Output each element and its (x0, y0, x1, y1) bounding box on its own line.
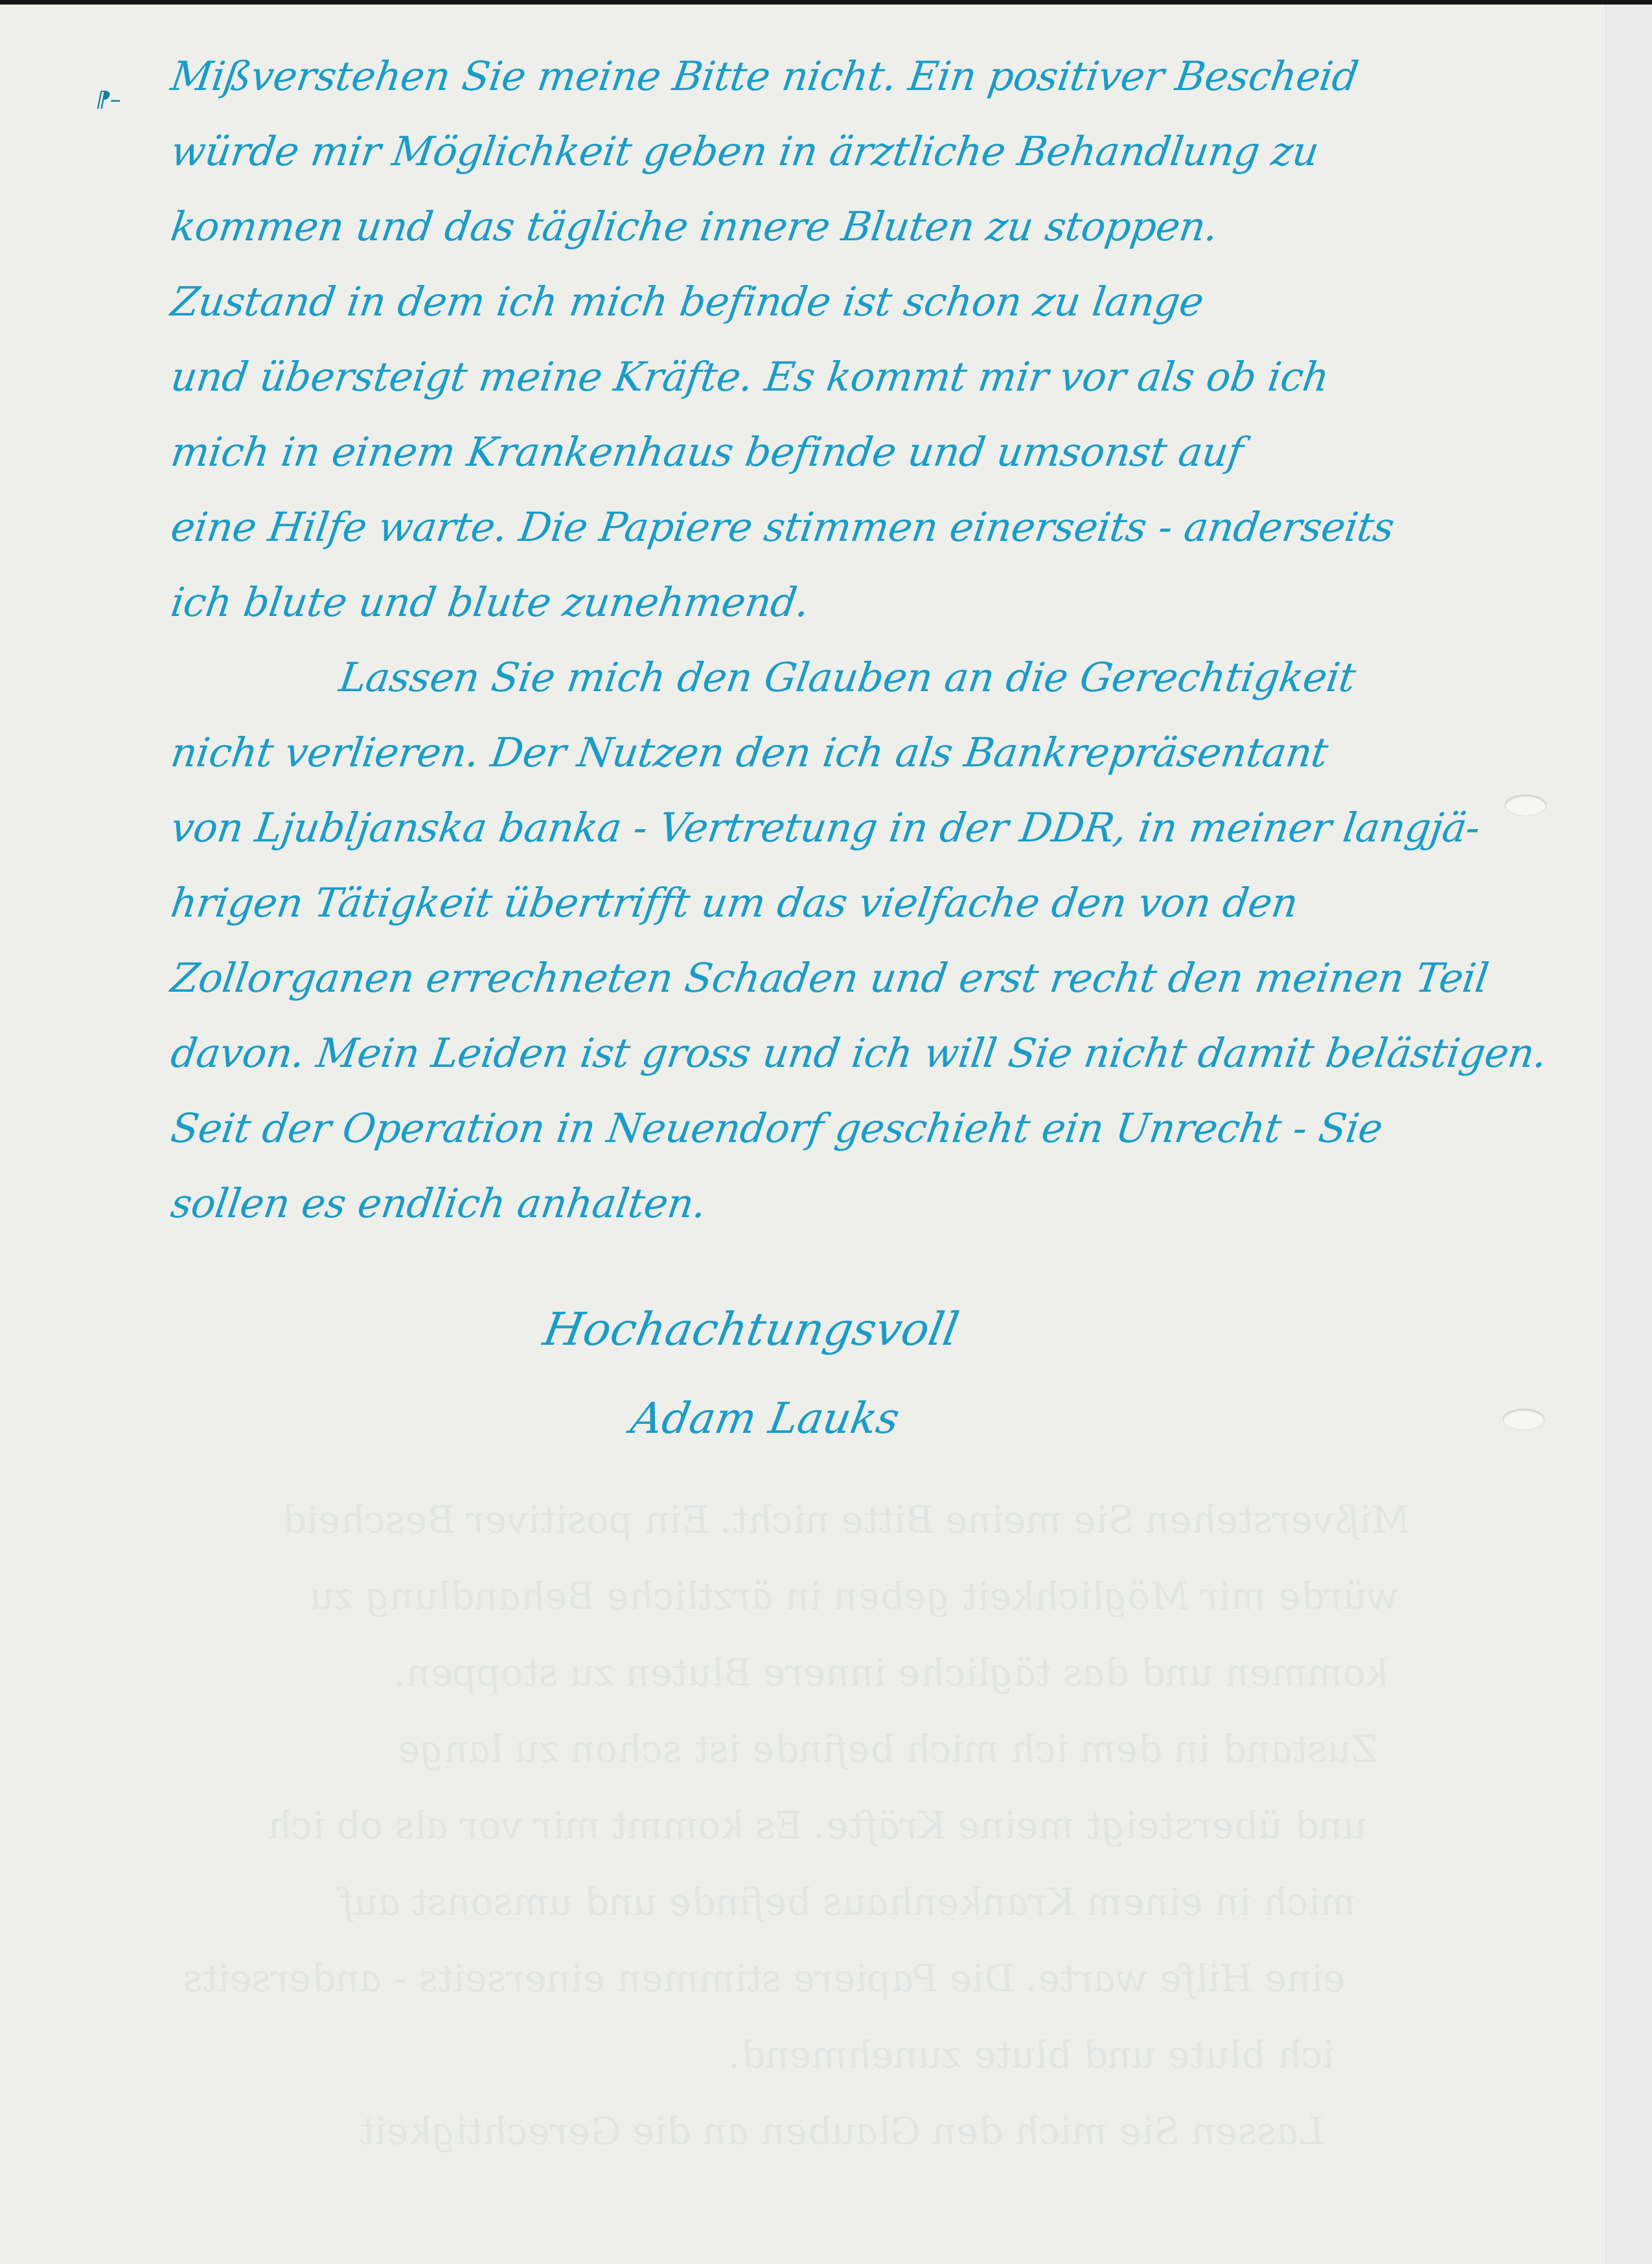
show-through-line: mich in einem Krankenhaus befinde und um… (120, 1864, 1362, 1940)
letter-line: Zustand in dem ich mich befinde ist scho… (168, 282, 1206, 322)
signature: Adam Lauks (628, 1397, 902, 1440)
show-through-line: ich blute und blute zunehmend. (98, 2017, 1340, 2093)
letter-line: Mißverstehen Sie meine Bitte nicht. Ein … (168, 56, 1360, 97)
show-through-line: eine Hilfe warte. Die Papiere stimmen ei… (109, 1940, 1351, 2017)
letter-line: kommen und das tägliche innere Bluten zu… (168, 207, 1221, 247)
letter-page: ⁋– Mißverstehen Sie meine Bitte nicht. E… (0, 5, 1605, 2264)
letter-line: und übersteigt meine Kräfte. Es kommt mi… (168, 357, 1331, 397)
punch-hole (1503, 1409, 1544, 1430)
show-through-line: würde mir Möglichkeit geben in ärztliche… (163, 1558, 1405, 1634)
letter-line: eine Hilfe warte. Die Papiere stimmen ei… (168, 507, 1397, 547)
letter-line: nicht verlieren. Der Nutzen den ich als … (168, 733, 1330, 773)
letter-line: mich in einem Krankenhaus befinde und um… (168, 432, 1245, 472)
letter-line: Seit der Operation in Neuendorf geschieh… (168, 1108, 1385, 1149)
letter-line: Lassen Sie mich den Glauben an die Gerec… (337, 657, 1358, 698)
scanner-bed-margin (1605, 5, 1652, 2264)
reverse-side-show-through: Mißverstehen Sie meine Bitte nicht. Ein … (87, 1481, 1415, 2169)
letter-line: würde mir Möglichkeit geben in ärztliche… (168, 131, 1321, 172)
show-through-line: Mißverstehen Sie meine Bitte nicht. Ein … (174, 1481, 1416, 1558)
punch-hole (1505, 795, 1546, 816)
closing-salutation: Hochachtungsvoll (540, 1307, 962, 1352)
show-through-line: und übersteigt meine Kräfte. Es kommt mi… (131, 1787, 1373, 1864)
letter-line: Zollorganen errechneten Schaden und erst… (168, 958, 1491, 998)
letter-line: davon. Mein Leiden ist gross und ich wil… (168, 1033, 1549, 1073)
letter-line: von Ljubljanska banka - Vertretung in de… (168, 808, 1482, 848)
margin-mark: ⁋– (96, 89, 121, 111)
show-through-line: Zustand in dem ich mich befinde ist scho… (141, 1711, 1383, 1787)
letter-line: ich blute und blute zunehmend. (168, 582, 812, 623)
show-through-line: kommen und das tägliche innere Bluten zu… (152, 1634, 1394, 1711)
letter-line: sollen es endlich anhalten. (168, 1183, 709, 1224)
letter-line: hrigen Tätigkeit übertrifft um das vielf… (168, 883, 1300, 923)
show-through-line: Lassen Sie mich den Glauben an die Gerec… (87, 2093, 1329, 2169)
